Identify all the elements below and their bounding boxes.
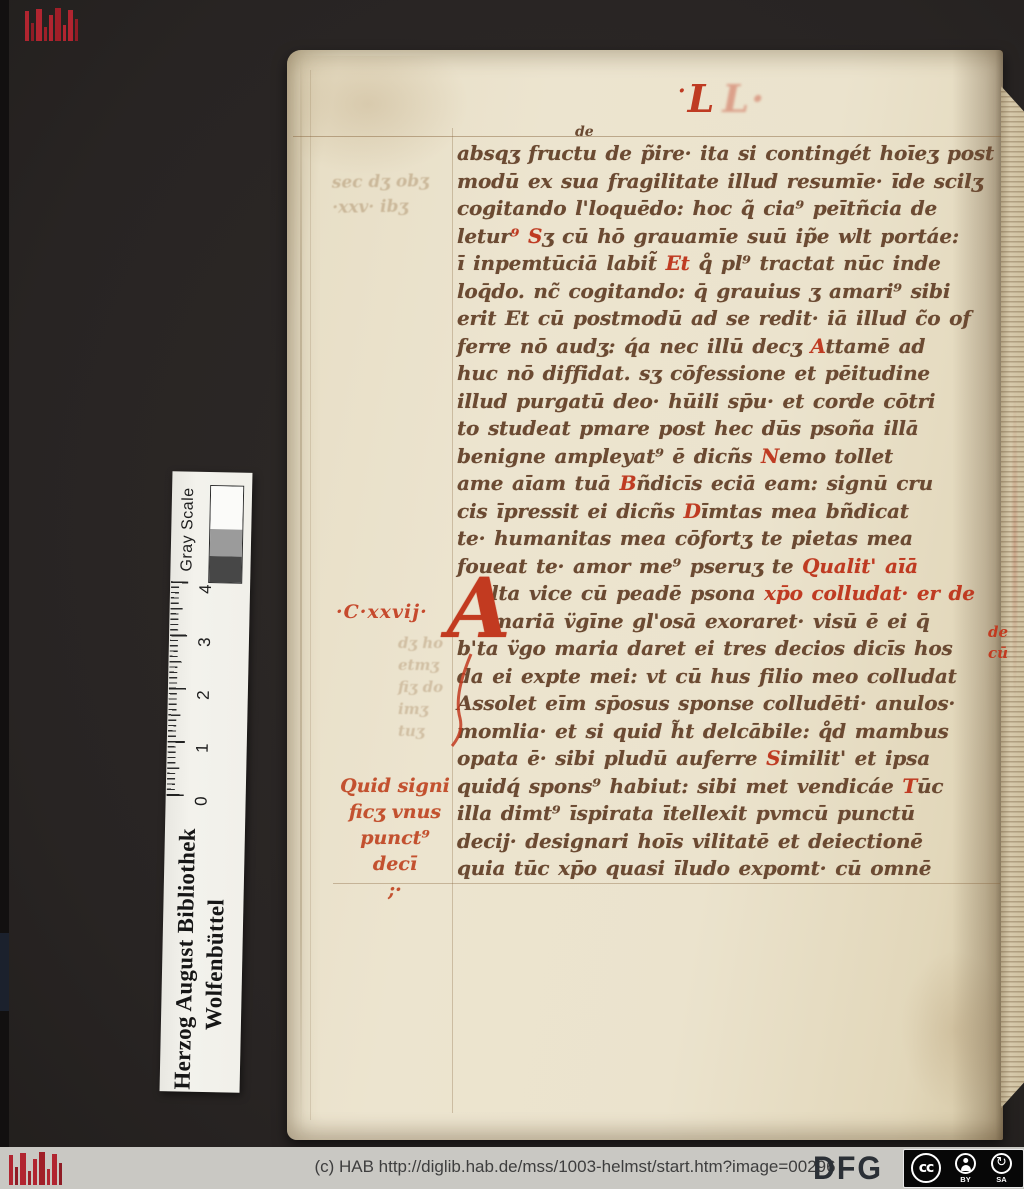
ruler-number: 4 (196, 584, 216, 594)
manuscript-text-line: erit Et cū postmodū ad se redit· iā illu… (457, 305, 1005, 333)
manuscript-text-line: absqʒ fructu de p̃ire· ita si contingét … (457, 140, 1005, 168)
ruler-number: 3 (195, 637, 215, 647)
ruler-number: 1 (193, 743, 213, 753)
interlinear-gloss: de (575, 124, 594, 140)
ruler-numbers: 43210 (173, 471, 253, 473)
registration-mark-bottom (9, 1152, 62, 1185)
manuscript-text-line: huc nō diffidat. sʒ cōfessione et pēitud… (457, 360, 1005, 388)
manuscript-text-line: decij· designari hoīs vilitatē et deiect… (457, 828, 1005, 856)
manuscript-text-block: absqʒ fructu de p̃ire· ita si contingét … (457, 140, 1005, 883)
manuscript-text-line: quidq́ spons⁹ habiut: sibi met vendicáe … (457, 773, 1005, 801)
manuscript-text-line: Assolet eīm sp̄osus sponse colludēti· an… (457, 690, 1005, 718)
manuscript-text-line: illud purgatū deo· hūili sp̄u· et corde … (457, 388, 1005, 416)
cc-logo-icon: cc (911, 1153, 941, 1183)
bleedthrough-text-top: sec dʒ obʒ·xxv· ibʒ (332, 169, 430, 221)
gray-scale-label: Gray Scale (178, 487, 198, 571)
ruler-number: 2 (194, 690, 214, 700)
manuscript-text-line: loq̄do. nc̃ cogitando: q̄ grauius ʒ amar… (457, 278, 1005, 306)
manuscript-text-line: da ei expte mei: vt cū hus filio meo col… (457, 663, 1005, 691)
manuscript-text-line: quia tūc xp̄o quasi īludo expomt· cū omn… (457, 855, 1005, 883)
manuscript-text-line: b'ta v̈go maria daret ei tres decios dic… (457, 635, 1005, 663)
manuscript-text-line: to studeat pmare post hec dūs psoña illā (457, 415, 1005, 443)
ruling-line-top (293, 136, 1001, 137)
parchment-stain (300, 56, 470, 176)
cc-sa-arrow-icon: ↻ (991, 1153, 1012, 1174)
bleedthrough-text-mid: dʒ hoetmʒfiʒ doimʒtuʒ (398, 632, 443, 742)
manuscript-text-line: ferre nō audʒ: q́a nec illū decʒ Attamē … (457, 333, 1005, 361)
heading-ghost-offset: L· (722, 76, 766, 121)
cc-sa-label: SA (991, 1175, 1012, 1184)
drop-cap-flourish (451, 652, 477, 748)
manuscript-text-line: letur⁹ Sʒ cū hō grauamīe suū ip̃e wlt po… (457, 223, 1005, 251)
chapter-number-rubric: ·C·xxvij· (336, 601, 428, 623)
manuscript-text-line: foueat te· amor me⁹ pseruʒ te Qualit' aī… (457, 553, 1005, 581)
red-initial-drop-cap: A (447, 568, 511, 650)
manuscript-text-line: momlia· et si quid h̃t delcābile: q̊d ma… (457, 718, 1005, 746)
creative-commons-badge: cc ↻ BY SA (903, 1149, 1024, 1188)
gray-patch-mid (210, 529, 243, 557)
photo-stage: sec dʒ obʒ·xxv· ibʒ dʒ hoetmʒfiʒ doimʒtu… (0, 0, 1024, 1189)
cc-by-person-icon (955, 1153, 976, 1174)
manuscript-text-line: ī inpemtūciā labit̃ Et q̊ pl⁹ tractat nū… (457, 250, 1005, 278)
manuscript-text-line: cis īpressit ei dicñs Dīmtas mea bñdicat (457, 498, 1005, 526)
registration-mark-top (25, 8, 78, 41)
manuscript-text-line: te· humanitas mea cōfortʒ te pietas mea (457, 525, 1005, 553)
manuscript-text-line: illa dimt⁹ īspirata ītellexit pvmcū punc… (457, 800, 1005, 828)
manuscript-text-line: modū ex sua fragilitate illud resumīe· ī… (457, 168, 1005, 196)
footer-bar: (c) HAB http://diglib.hab.de/mss/1003-he… (0, 1147, 1024, 1189)
ruler-ticks-major (167, 581, 188, 796)
margin-rubric-right: de cū (988, 622, 1024, 664)
gray-scale-ruler: Gray Scale 43210 Herzog August Bibliothe… (160, 471, 253, 1093)
manuscript-text-line: lta vice cū peadē psona xp̄o colludat· e… (457, 580, 1005, 608)
page-fold-line (310, 70, 311, 1120)
gray-patch-dark (209, 556, 242, 583)
margin-note-rubric: Quid significʒ vnuspunct⁹decī;· (332, 773, 458, 903)
page-heading-rubric: ·LL· (678, 76, 766, 121)
copyright-url-text: (c) HAB http://diglib.hab.de/mss/1003-he… (314, 1157, 835, 1177)
cc-by-label: BY (955, 1175, 976, 1184)
gray-scale-patches (208, 485, 244, 584)
page-fold-line (300, 60, 302, 1130)
manuscript-text-line: cogitando l'loquēdo: hoc q̃ cia⁹ peītñci… (457, 195, 1005, 223)
institution-name-line2: Wolfenbüttel (201, 899, 230, 1031)
ruler-number: 0 (192, 796, 212, 806)
institution-name-line1: Herzog August Bibliothek (170, 828, 201, 1090)
manuscript-text-line: opata ē· sibi pludū auferre Similit' et … (457, 745, 1005, 773)
film-edge-tint (0, 933, 9, 1011)
gray-patch-white (210, 486, 243, 530)
heading-letter: L (688, 76, 717, 121)
manuscript-text-line: mariā v̈gīne gl'osā exoraret· visū ē ei … (457, 608, 1005, 636)
manuscript-text-line: ame aīam tuā Bñdicīs eciā eam: signū cru (457, 470, 1005, 498)
dfg-logo: DFG (813, 1150, 883, 1187)
manuscript-text-line: benigne ampleyat⁹ ē dicñs Nemo tollet (457, 443, 1005, 471)
